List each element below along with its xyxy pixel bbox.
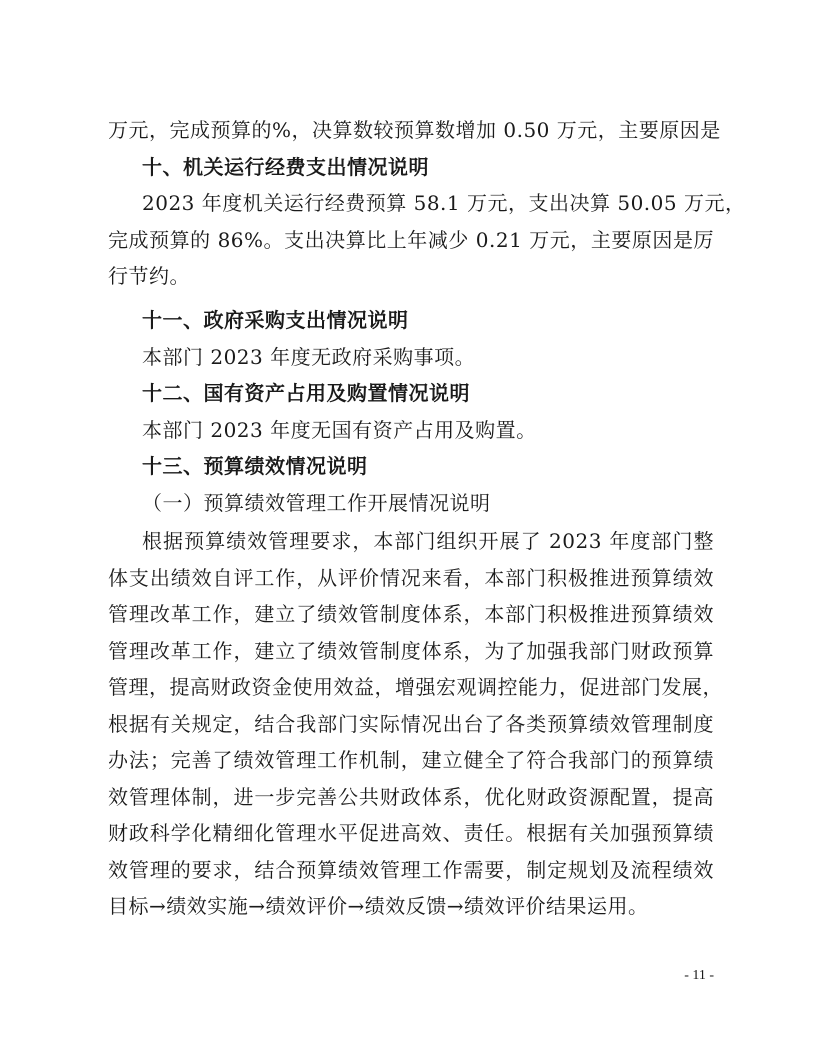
section-heading-12: 十二、国有资产占用及购置情况说明 (142, 375, 714, 411)
paragraph-line: 行节约。 (108, 258, 714, 294)
paragraph-line: 根据预算绩效管理要求，本部门组织开展了 2023 年度部门整 (142, 523, 714, 559)
paragraph-line: 管理，提高财政资金使用效益，增强宏观调控能力，促进部门发展， (108, 669, 714, 705)
paragraph-line: 管理改革工作，建立了绩效管制度体系，本部门积极推进预算绩效 (108, 596, 714, 632)
paragraph-line: 本部门 2023 年度无政府采购事项。 (142, 339, 714, 375)
paragraph-line: 效管理的要求，结合预算绩效管理工作需要，制定规划及流程绩效 (108, 852, 714, 888)
page-number: - 11 - (650, 968, 714, 984)
paragraph-line: 财政科学化精细化管理水平促进高效、责任。根据有关加强预算绩 (108, 815, 714, 851)
paragraph-line: 效管理体制，进一步完善公共财政体系，优化财政资源配置，提高 (108, 779, 714, 815)
section-heading-11: 十一、政府采购支出情况说明 (142, 302, 714, 338)
paragraph-line: 管理改革工作，建立了绩效管制度体系，为了加强我部门财政预算 (108, 633, 714, 669)
subsection-heading: （一）预算绩效管理工作开展情况说明 (142, 485, 714, 521)
document-page: 万元，完成预算的%，决算数较预算数增加 0.50 万元，主要原因是 十、机关运行… (0, 0, 816, 1056)
paragraph-line: 完成预算的 86%。支出决算比上年减少 0.21 万元，主要原因是厉 (108, 222, 714, 258)
paragraph-line: 2023 年度机关运行经费预算 58.1 万元，支出决算 50.05 万元， (142, 185, 714, 221)
section-heading-10: 十、机关运行经费支出情况说明 (142, 149, 714, 185)
paragraph-line: 万元，完成预算的%，决算数较预算数增加 0.50 万元，主要原因是 (108, 112, 714, 148)
paragraph-line: 目标→绩效实施→绩效评价→绩效反馈→绩效评价结果运用。 (108, 888, 714, 924)
paragraph-line: 本部门 2023 年度无国有资产占用及购置。 (142, 412, 714, 448)
paragraph-line: 体支出绩效自评工作，从评价情况来看，本部门积极推进预算绩效 (108, 560, 714, 596)
paragraph-line: 根据有关规定，结合我部门实际情况出台了各类预算绩效管理制度 (108, 706, 714, 742)
section-heading-13: 十三、预算绩效情况说明 (142, 448, 714, 484)
paragraph-line: 办法；完善了绩效管理工作机制，建立健全了符合我部门的预算绩 (108, 742, 714, 778)
